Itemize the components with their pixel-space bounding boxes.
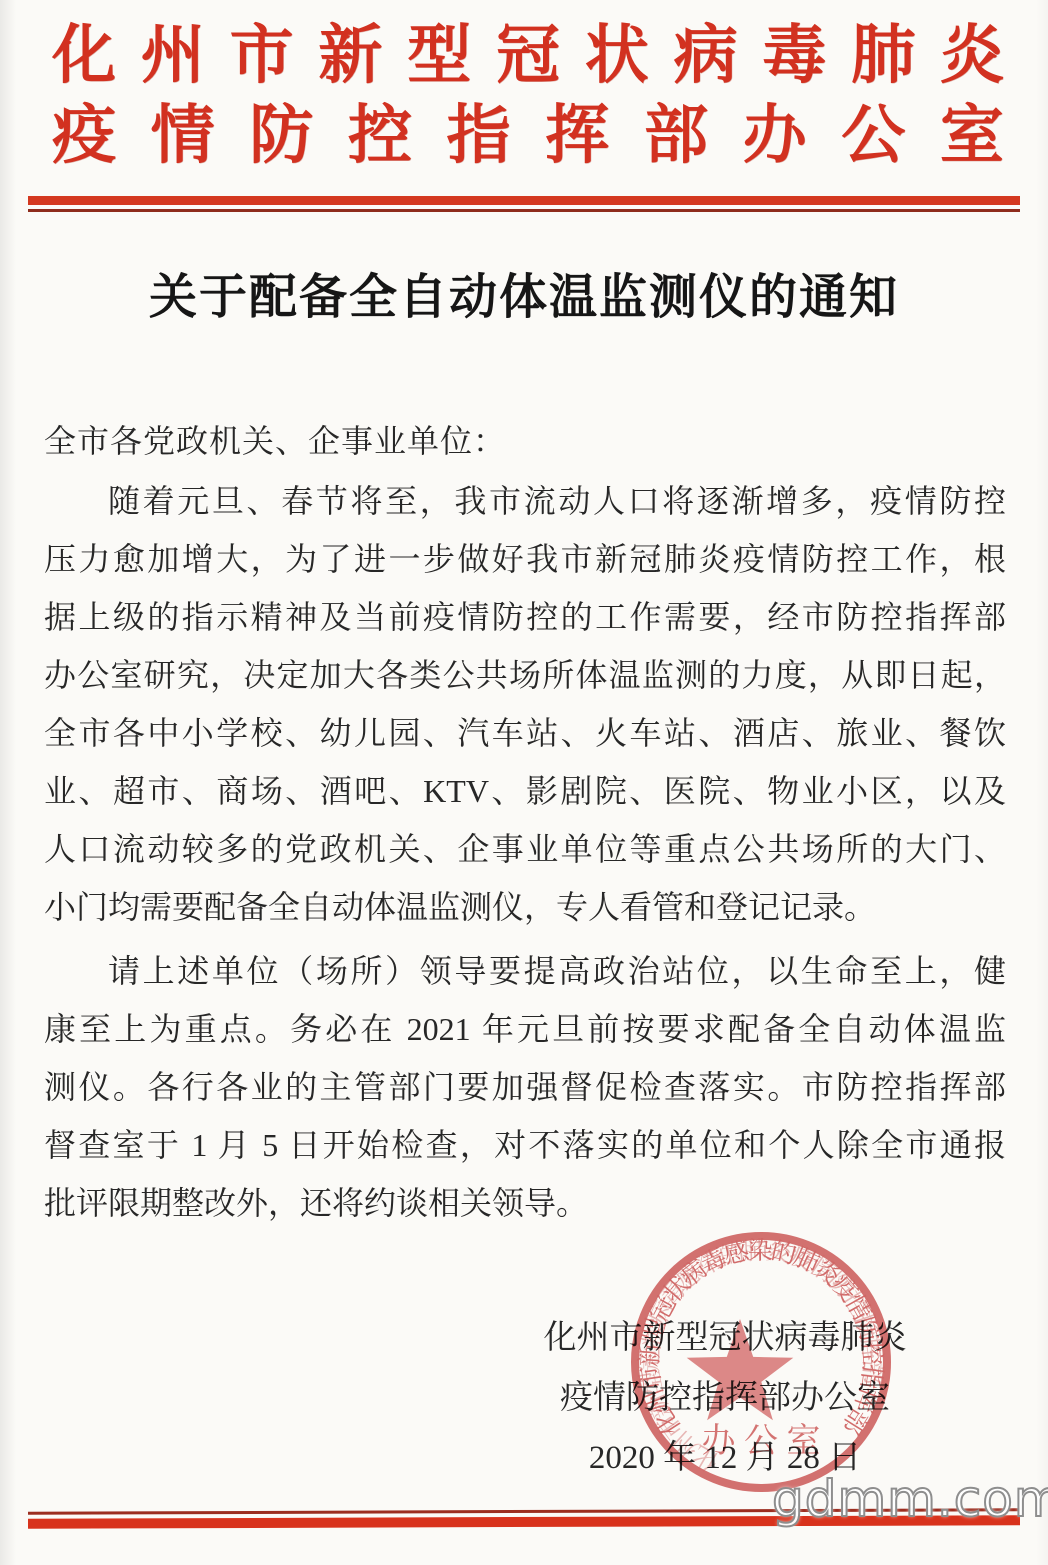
signature-org-line-2: 疫情防控指挥部办公室 bbox=[430, 1368, 1020, 1428]
document-title: 关于配备全自动体温监测仪的通知 bbox=[0, 258, 1048, 327]
letterhead-line-2: 疫情防控指挥部办公室 bbox=[52, 104, 1004, 168]
salutation: 全市各党政机关、企事业单位： bbox=[44, 416, 506, 462]
body-line: 人口流动较多的党政机关、企事业单位等重点公共场所的大门、 bbox=[44, 820, 1006, 878]
top-rule-thick bbox=[28, 196, 1020, 205]
body-line: 请上述单位（场所）领导要提高政治站位，以生命至上，健 bbox=[44, 942, 1006, 1000]
body-line: 督查室于 1 月 5 日开始检查，对不落实的单位和个人除全市通报 bbox=[44, 1116, 1006, 1174]
body-line: 全市各中小学校、幼儿园、汽车站、火车站、酒店、旅业、餐饮 bbox=[44, 704, 1006, 762]
body-line: 批评限期整改外，还将约谈相关领导。 bbox=[44, 1174, 1006, 1232]
body-line: 办公室研究，决定加大各类公共场所体温监测的力度，从即日起， bbox=[44, 646, 1006, 704]
body-line: 测仪。各行各业的主管部门要加强督促检查落实。市防控指挥部 bbox=[44, 1058, 1006, 1116]
watermark: gdmm.com bbox=[772, 1470, 1048, 1528]
paragraph-2: 请上述单位（场所）领导要提高政治站位，以生命至上，健 康至上为重点。务必在 20… bbox=[44, 942, 1006, 1232]
body-line: 据上级的指示精神及当前疫情防控的工作需要，经市防控指挥部 bbox=[44, 588, 1006, 646]
paragraph-1: 随着元旦、春节将至，我市流动人口将逐渐增多，疫情防控 压力愈加增大，为了进一步做… bbox=[44, 472, 1006, 936]
body-line: 压力愈加增大，为了进一步做好我市新冠肺炎疫情防控工作，根 bbox=[44, 530, 1006, 588]
document-page: 化州市新型冠状病毒肺炎 疫情防控指挥部办公室 关于配备全自动体温监测仪的通知 全… bbox=[0, 0, 1048, 1565]
letterhead-line-1: 化州市新型冠状病毒肺炎 bbox=[52, 24, 1004, 88]
top-rule-thin bbox=[28, 209, 1020, 212]
body-line: 康至上为重点。务必在 2021 年元旦前按要求配备全自动体温监 bbox=[44, 1000, 1006, 1058]
body-line: 随着元旦、春节将至，我市流动人口将逐渐增多，疫情防控 bbox=[44, 472, 1006, 530]
signature-block: 化州市新型冠状病毒肺炎 疫情防控指挥部办公室 2020 年 12 月 28 日 bbox=[430, 1308, 1020, 1488]
body-line: 小门均需要配备全自动体温监测仪，专人看管和登记记录。 bbox=[44, 878, 1006, 936]
body-line: 业、超市、商场、酒吧、KTV、影剧院、医院、物业小区，以及 bbox=[44, 762, 1006, 820]
signature-org-line-1: 化州市新型冠状病毒肺炎 bbox=[430, 1308, 1020, 1368]
